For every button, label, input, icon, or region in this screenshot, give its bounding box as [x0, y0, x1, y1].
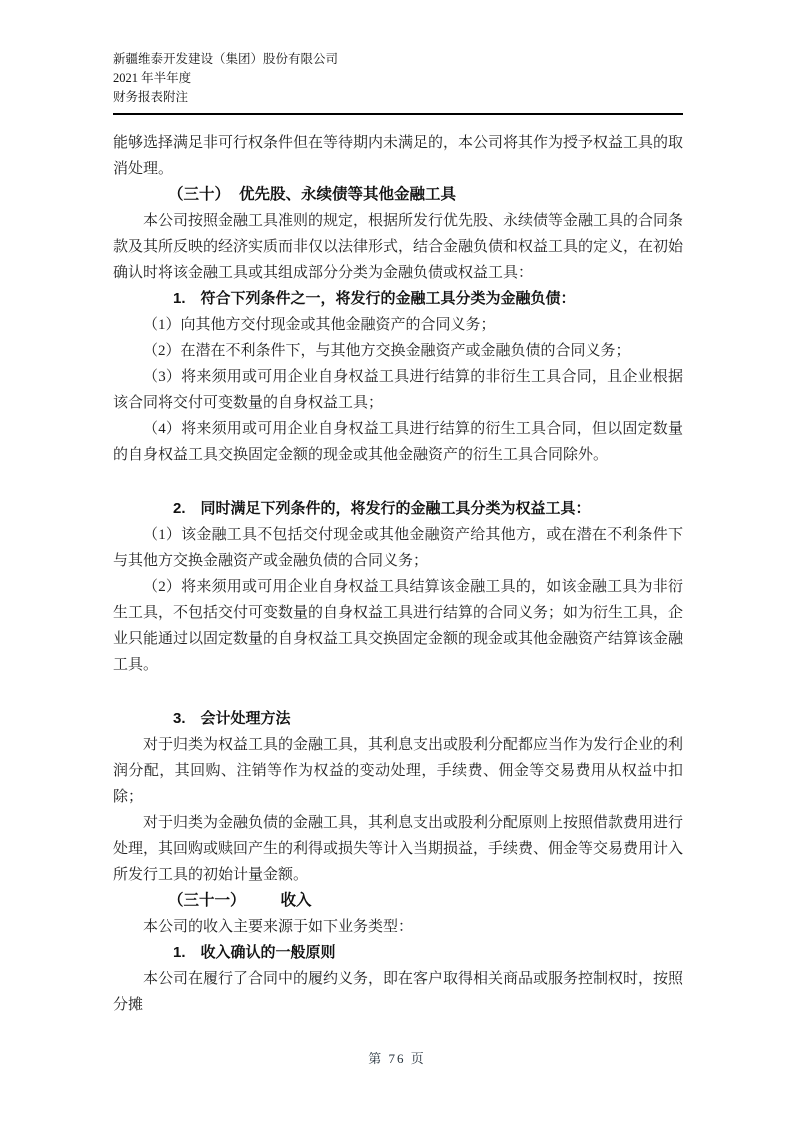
item-2-title: 同时满足下列条件的，将发行的金融工具分类为权益工具：: [201, 500, 591, 517]
item-3-paragraph: 对于归类为权益工具的金融工具，其利息支出或股利分配都应当作为发行企业的利润分配，…: [113, 732, 683, 810]
section-31-number: （三十一）: [168, 892, 246, 909]
revenue-item-1-heading: 1.收入确认的一般原则: [113, 940, 683, 966]
revenue-item-1-title: 收入确认的一般原则: [201, 944, 336, 961]
company-name: 新疆维泰开发建设（集团）股份有限公司: [113, 50, 683, 69]
section-31-title: 收入: [281, 892, 312, 909]
revenue-paragraph: 本公司在履行了合同中的履约义务，即在客户取得相关商品或服务控制权时，按照分摊: [113, 966, 683, 1018]
item-1-number: 1.: [173, 290, 186, 307]
item-3-number: 3.: [173, 710, 186, 727]
item-2-heading: 2.同时满足下列条件的，将发行的金融工具分类为权益工具：: [113, 496, 683, 522]
section-30-title: 优先股、永续债等其他金融工具: [239, 186, 456, 203]
item-2-point: （2）将来须用或可用企业自身权益工具结算该金融工具的，如该金融工具为非衍生工具，…: [113, 574, 683, 678]
section-30-heading: （三十）优先股、永续债等其他金融工具: [113, 182, 683, 208]
item-3-heading: 3.会计处理方法: [113, 706, 683, 732]
document-body: 能够选择满足非可行权条件但在等待期内未满足的，本公司将其作为授予权益工具的取消处…: [113, 130, 683, 1018]
item-1-point: （3）将来须用或可用企业自身权益工具进行结算的非衍生工具合同，且企业根据该合同将…: [113, 364, 683, 416]
section-30-number: （三十）: [168, 186, 230, 203]
item-2-point: （1）该金融工具不包括交付现金或其他金融资产给其他方，或在潜在不利条件下与其他方…: [113, 522, 683, 574]
document-page: 新疆维泰开发建设（集团）股份有限公司 2021 年半年度 财务报表附注 能够选择…: [0, 0, 794, 1123]
carryover-paragraph: 能够选择满足非可行权条件但在等待期内未满足的，本公司将其作为授予权益工具的取消处…: [113, 130, 683, 182]
item-3-paragraph: 对于归类为金融负债的金融工具，其利息支出或股利分配原则上按照借款费用进行处理，其…: [113, 810, 683, 888]
section-30-intro: 本公司按照金融工具准则的规定，根据所发行优先股、永续债等金融工具的合同条款及其所…: [113, 208, 683, 286]
section-31-heading: （三十一）收入: [113, 888, 683, 914]
item-1-point: （4）将来须用或可用企业自身权益工具进行结算的衍生工具合同，但以固定数量的自身权…: [113, 416, 683, 468]
revenue-item-1-number: 1.: [173, 944, 186, 961]
item-1-title: 符合下列条件之一，将发行的金融工具分类为金融负债：: [201, 290, 576, 307]
page-header: 新疆维泰开发建设（集团）股份有限公司 2021 年半年度 财务报表附注: [113, 50, 683, 107]
page-number: 第 76 页: [0, 1048, 794, 1067]
header-rule: [113, 113, 683, 115]
doc-title: 财务报表附注: [113, 88, 683, 107]
report-period: 2021 年半年度: [113, 69, 683, 88]
item-1-heading: 1.符合下列条件之一，将发行的金融工具分类为金融负债：: [113, 286, 683, 312]
item-1-point: （1）向其他方交付现金或其他金融资产的合同义务；: [113, 312, 683, 338]
item-2-number: 2.: [173, 500, 186, 517]
section-31-intro: 本公司的收入主要来源于如下业务类型：: [113, 914, 683, 940]
item-1-point: （2）在潜在不利条件下，与其他方交换金融资产或金融负债的合同义务；: [113, 338, 683, 364]
item-3-title: 会计处理方法: [201, 710, 291, 727]
